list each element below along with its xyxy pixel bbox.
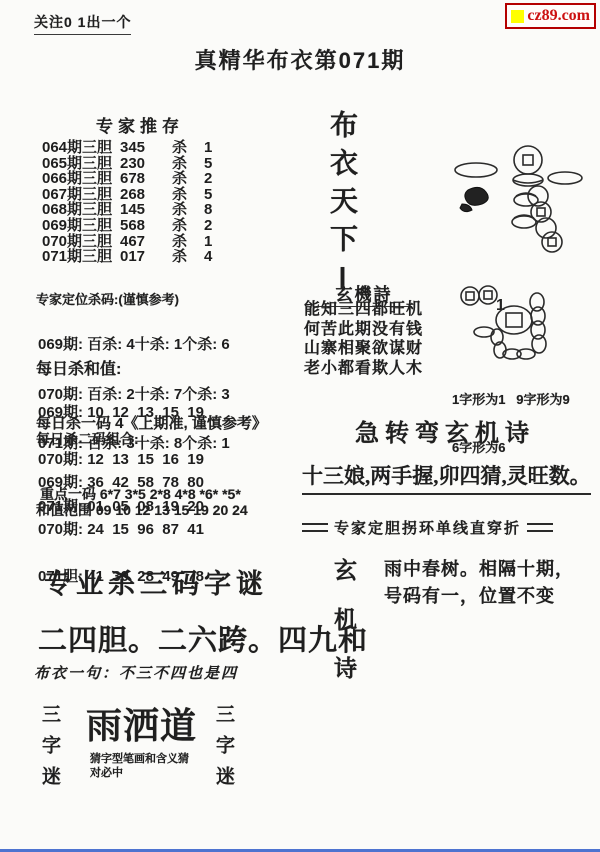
decor-line-left	[302, 523, 328, 532]
expert-dingdan-text: 专家定胆拐环单线直穿折	[334, 517, 521, 538]
row-number: 268	[120, 187, 172, 203]
three-char-note-line1: 猜字型笔画和含义猜	[90, 752, 189, 766]
row-kill-label: 杀	[172, 202, 204, 218]
lottery-chart-page: 关注0 1出一个 cz89.com 真精华布衣第071期 专家推存 064期三胆…	[0, 0, 600, 852]
row-kill-value: 5	[204, 156, 224, 172]
row-period: 071期三胆	[42, 249, 120, 265]
row-period: 064期三胆	[42, 140, 120, 156]
three-char-note: 猜字型笔画和含义猜 对必中	[90, 752, 189, 780]
riddle-line: 二四胆。二六跨。四九和	[38, 618, 368, 659]
buyi-sentence: 布衣一句：不三不四也是四	[34, 662, 238, 683]
row-number: 145	[120, 202, 172, 218]
logo-text: cz89.com	[527, 7, 590, 25]
recommend-header: 专家推存	[96, 112, 184, 137]
shape-label-1-9: 1字形为1 9字形为9	[452, 392, 570, 408]
three-char-note-line2: 对必中	[90, 766, 189, 780]
table-row: 071期三胆 017 杀 4	[42, 249, 252, 265]
logo-square-icon	[511, 10, 524, 23]
sum-range-line: 和值范围 09 10 12 13 15 19 20 24	[36, 500, 248, 520]
xuanji2-vertical-title: 玄机诗	[328, 558, 361, 705]
row-number: 017	[120, 249, 172, 265]
table-row: 068期三胆 145 杀 8	[42, 202, 252, 218]
row-number: 345	[120, 140, 172, 156]
row-kill-value: 1	[204, 234, 224, 250]
row-kill-value: 1	[204, 140, 224, 156]
row-number: 678	[120, 171, 172, 187]
xuanji2-poem-line: 雨中春树。相隔十期，	[384, 556, 574, 583]
row-number: 230	[120, 156, 172, 172]
expert-dingdan-line: 专家定胆拐环单线直穿折	[302, 517, 590, 538]
row-number: 568	[120, 218, 172, 234]
row-period: 069期三胆	[42, 218, 120, 234]
buyi-tianxia-title: 布衣天下Ⅰ	[322, 110, 362, 305]
row-kill-value: 2	[204, 218, 224, 234]
xuanji-poem: 能知三四都旺机 何苦此期没有钱 山寨相聚欲谋财 老小都看欺人木	[304, 300, 423, 378]
table-row: 069期三胆 568 杀 2	[42, 218, 252, 234]
row-kill-label: 杀	[172, 140, 204, 156]
three-char-word: 雨洒道	[86, 698, 197, 749]
row-period: 068期三胆	[42, 202, 120, 218]
decor-line-right	[527, 523, 553, 532]
coins-illustration-2: 1	[440, 282, 592, 360]
xuanji-poem-line: 能知三四都旺机	[304, 300, 423, 320]
xuanji2-poem: 雨中春树。相隔十期， 号码有一，位置不变	[384, 556, 574, 610]
row-period: 070期三胆	[42, 234, 120, 250]
row-kill-label: 杀	[172, 156, 204, 172]
table-row: 064期三胆 345 杀 1	[42, 140, 252, 156]
table-row: 065期三胆 230 杀 5	[42, 156, 252, 172]
table-row: 070期三胆 467 杀 1	[42, 234, 252, 250]
three-char-label-left: 三字迷	[36, 704, 63, 797]
row-kill-label: 杀	[172, 249, 204, 265]
row-kill-value: 2	[204, 171, 224, 187]
row-kill-label: 杀	[172, 218, 204, 234]
row-period: 065期三胆	[42, 156, 120, 172]
row-kill-label: 杀	[172, 234, 204, 250]
xuanji-poem-line: 何苦此期没有钱	[304, 320, 423, 340]
table-row: 066期三胆 678 杀 2	[42, 171, 252, 187]
watch-note: 关注0 1出一个	[34, 12, 131, 35]
sharp-turn-title: 急转弯玄机诗	[300, 413, 590, 448]
row-kill-value: 4	[204, 249, 224, 265]
row-number: 467	[120, 234, 172, 250]
daily-kill-two-row: 070期: 24 15 96 87 41	[38, 522, 204, 538]
row-kill-label: 杀	[172, 171, 204, 187]
coins-illustration-1	[420, 138, 592, 262]
site-logo[interactable]: cz89.com	[505, 3, 596, 29]
row-kill-value: 5	[204, 187, 224, 203]
row-kill-value: 8	[204, 202, 224, 218]
xuanji2-poem-line: 号码有一，位置不变	[384, 583, 574, 610]
xuanji-poem-line: 老小都看欺人木	[304, 359, 423, 379]
kill-three-title: 专业杀三码字谜	[44, 562, 268, 601]
xuanji-poem-line: 山寨相聚欲谋财	[304, 339, 423, 359]
positioning-row: 069期: 百杀: 4十杀: 1个杀: 6	[38, 337, 230, 354]
recommend-table: 064期三胆 345 杀 1 065期三胆 230 杀 5 066期三胆 678…	[42, 140, 252, 265]
row-period: 066期三胆	[42, 171, 120, 187]
page-title: 真精华布衣第071期	[0, 44, 600, 75]
three-char-label-right: 三字迷	[210, 704, 237, 797]
sharp-turn-line: 十三娘,两手握,卯四猜,灵旺数。	[302, 460, 591, 495]
